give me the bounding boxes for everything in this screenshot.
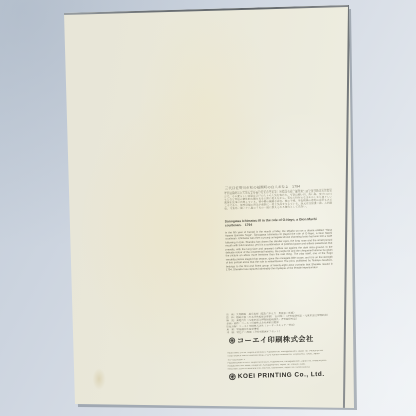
koei-japanese-logotype: コーエイ印刷株式会社 — [229, 334, 314, 346]
address-block: Head office 2-5-14 Tsujido-shinmachi, Fu… — [227, 350, 332, 372]
koei-english-logotype: KOEI PRINTING Co., Ltd. — [229, 370, 325, 380]
koei-circle-mark-icon — [229, 373, 236, 380]
english-description: In the 6th year of Kansei in the month o… — [225, 228, 333, 279]
koei-circle-mark-icon — [229, 337, 236, 344]
japanese-description: 寛政六年五月、都座上演の「花菖蒲文禄曽我」に取材した大首絵で、三代目佐野川市松の… — [224, 188, 333, 215]
koei-english-logo-text: KOEI PRINTING Co., Ltd. — [238, 370, 325, 379]
koei-japanese-logo-text: コーエイ印刷株式会社 — [237, 334, 314, 346]
english-title: Sanogawa Ichimatsu III in the role of O-… — [225, 217, 324, 228]
credits-block: 原 画：大判錦絵 黒雲母摺（寛政六年五月 蔦屋重三郎版） 監 修：楢崎宗重（日本… — [226, 310, 332, 334]
photo-backdrop: 三代目佐野川市松の祇園町の白人おなよ 1794 寛政六年五月、都座上演の「花菖蒲… — [0, 0, 416, 416]
